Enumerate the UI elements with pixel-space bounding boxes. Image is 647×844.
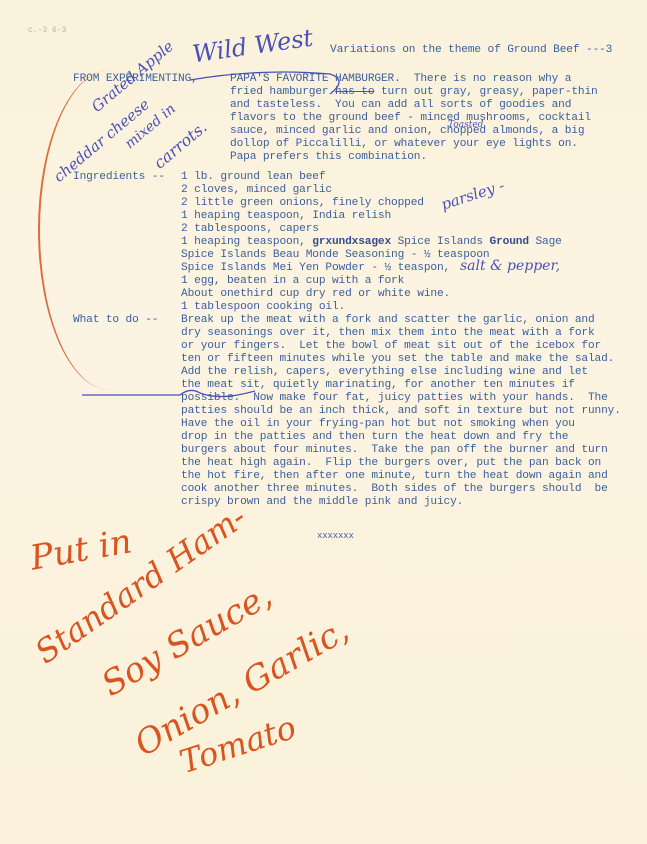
method-label: What to do -- [73, 314, 158, 327]
document-page: c.-3 6-3 Variations on the theme of Grou… [0, 0, 647, 844]
intro-line: sauce, minced garlic and onion, chopped … [230, 125, 584, 138]
method-line: burgers about four minutes. Take the pan… [181, 444, 608, 457]
ingredient-item: 1 lb. ground lean beef [181, 171, 325, 184]
intro-line: Papa prefers this combination. [230, 151, 427, 164]
ingredient-item: 2 tablespoons, capers [181, 223, 319, 236]
ingredient-item: Spice Islands Mei Yen Powder - ½ teaspon… [181, 262, 450, 275]
page-header: Variations on the theme of Ground Beef -… [330, 44, 612, 57]
end-mark: xxxxxxx [317, 530, 354, 543]
circle-annotation [180, 60, 350, 100]
method-line: patties should be an inch thick, and sof… [181, 405, 621, 418]
method-line: dry seasonings over it, then mix them in… [181, 327, 595, 340]
annotation-parsley: parsley - [439, 176, 507, 213]
method-line: ten or fifteen minutes while you set the… [181, 353, 614, 366]
ingredient-item: About onethird cup dry red or white wine… [181, 288, 450, 301]
ingredient-item: 1 egg, beaten in a cup with a fork [181, 275, 404, 288]
method-line: Break up the meat with a fork and scatte… [181, 314, 595, 327]
ingredient-item: 2 little green onions, finely chopped [181, 197, 424, 210]
method-line: Add the relish, capers, everything else … [181, 366, 588, 379]
method-line: cook another three minutes. Both sides o… [181, 483, 608, 496]
intro-line: There is no reason why a [414, 73, 572, 85]
ingredient-item: 1 heaping teaspoon, grxundxsagex Spice I… [181, 236, 562, 249]
method-line: drop in the patties and then turn the he… [181, 431, 568, 444]
ingredient-item: 1 heaping teaspoon, India relish [181, 210, 391, 223]
method-line: Have the oil in your frying-pan hot but … [181, 418, 575, 431]
annotation-salt-pepper: salt & pepper, [460, 258, 560, 274]
intro-line: dollop of Piccalilli, or whatever your e… [230, 138, 578, 151]
arrow-annotation [80, 383, 260, 403]
method-line: the heat high again. Flip the burgers ov… [181, 457, 601, 470]
ingredients-label: Ingredients -- [73, 171, 165, 184]
intro-line: flavors to the ground beef - minced mush… [230, 112, 591, 125]
ingredient-item: Spice Islands Beau Monde Seasoning - ½ t… [181, 249, 490, 262]
annotation-put-in: Put in [27, 521, 134, 578]
annotation-toasted: Toasted [448, 120, 483, 130]
method-line: or your fingers. Let the bowl of meat si… [181, 340, 601, 353]
intro-line: and tasteless. You can add all sorts of … [230, 99, 571, 112]
ingredient-item: 2 cloves, minced garlic [181, 184, 332, 197]
ingredient-item: 1 tablespoon cooking oil. [181, 301, 345, 314]
corner-marks: c.-3 6-3 [28, 26, 66, 35]
red-margin-bracket [38, 70, 110, 390]
method-line: the hot fire, then after one minute, tur… [181, 470, 608, 483]
